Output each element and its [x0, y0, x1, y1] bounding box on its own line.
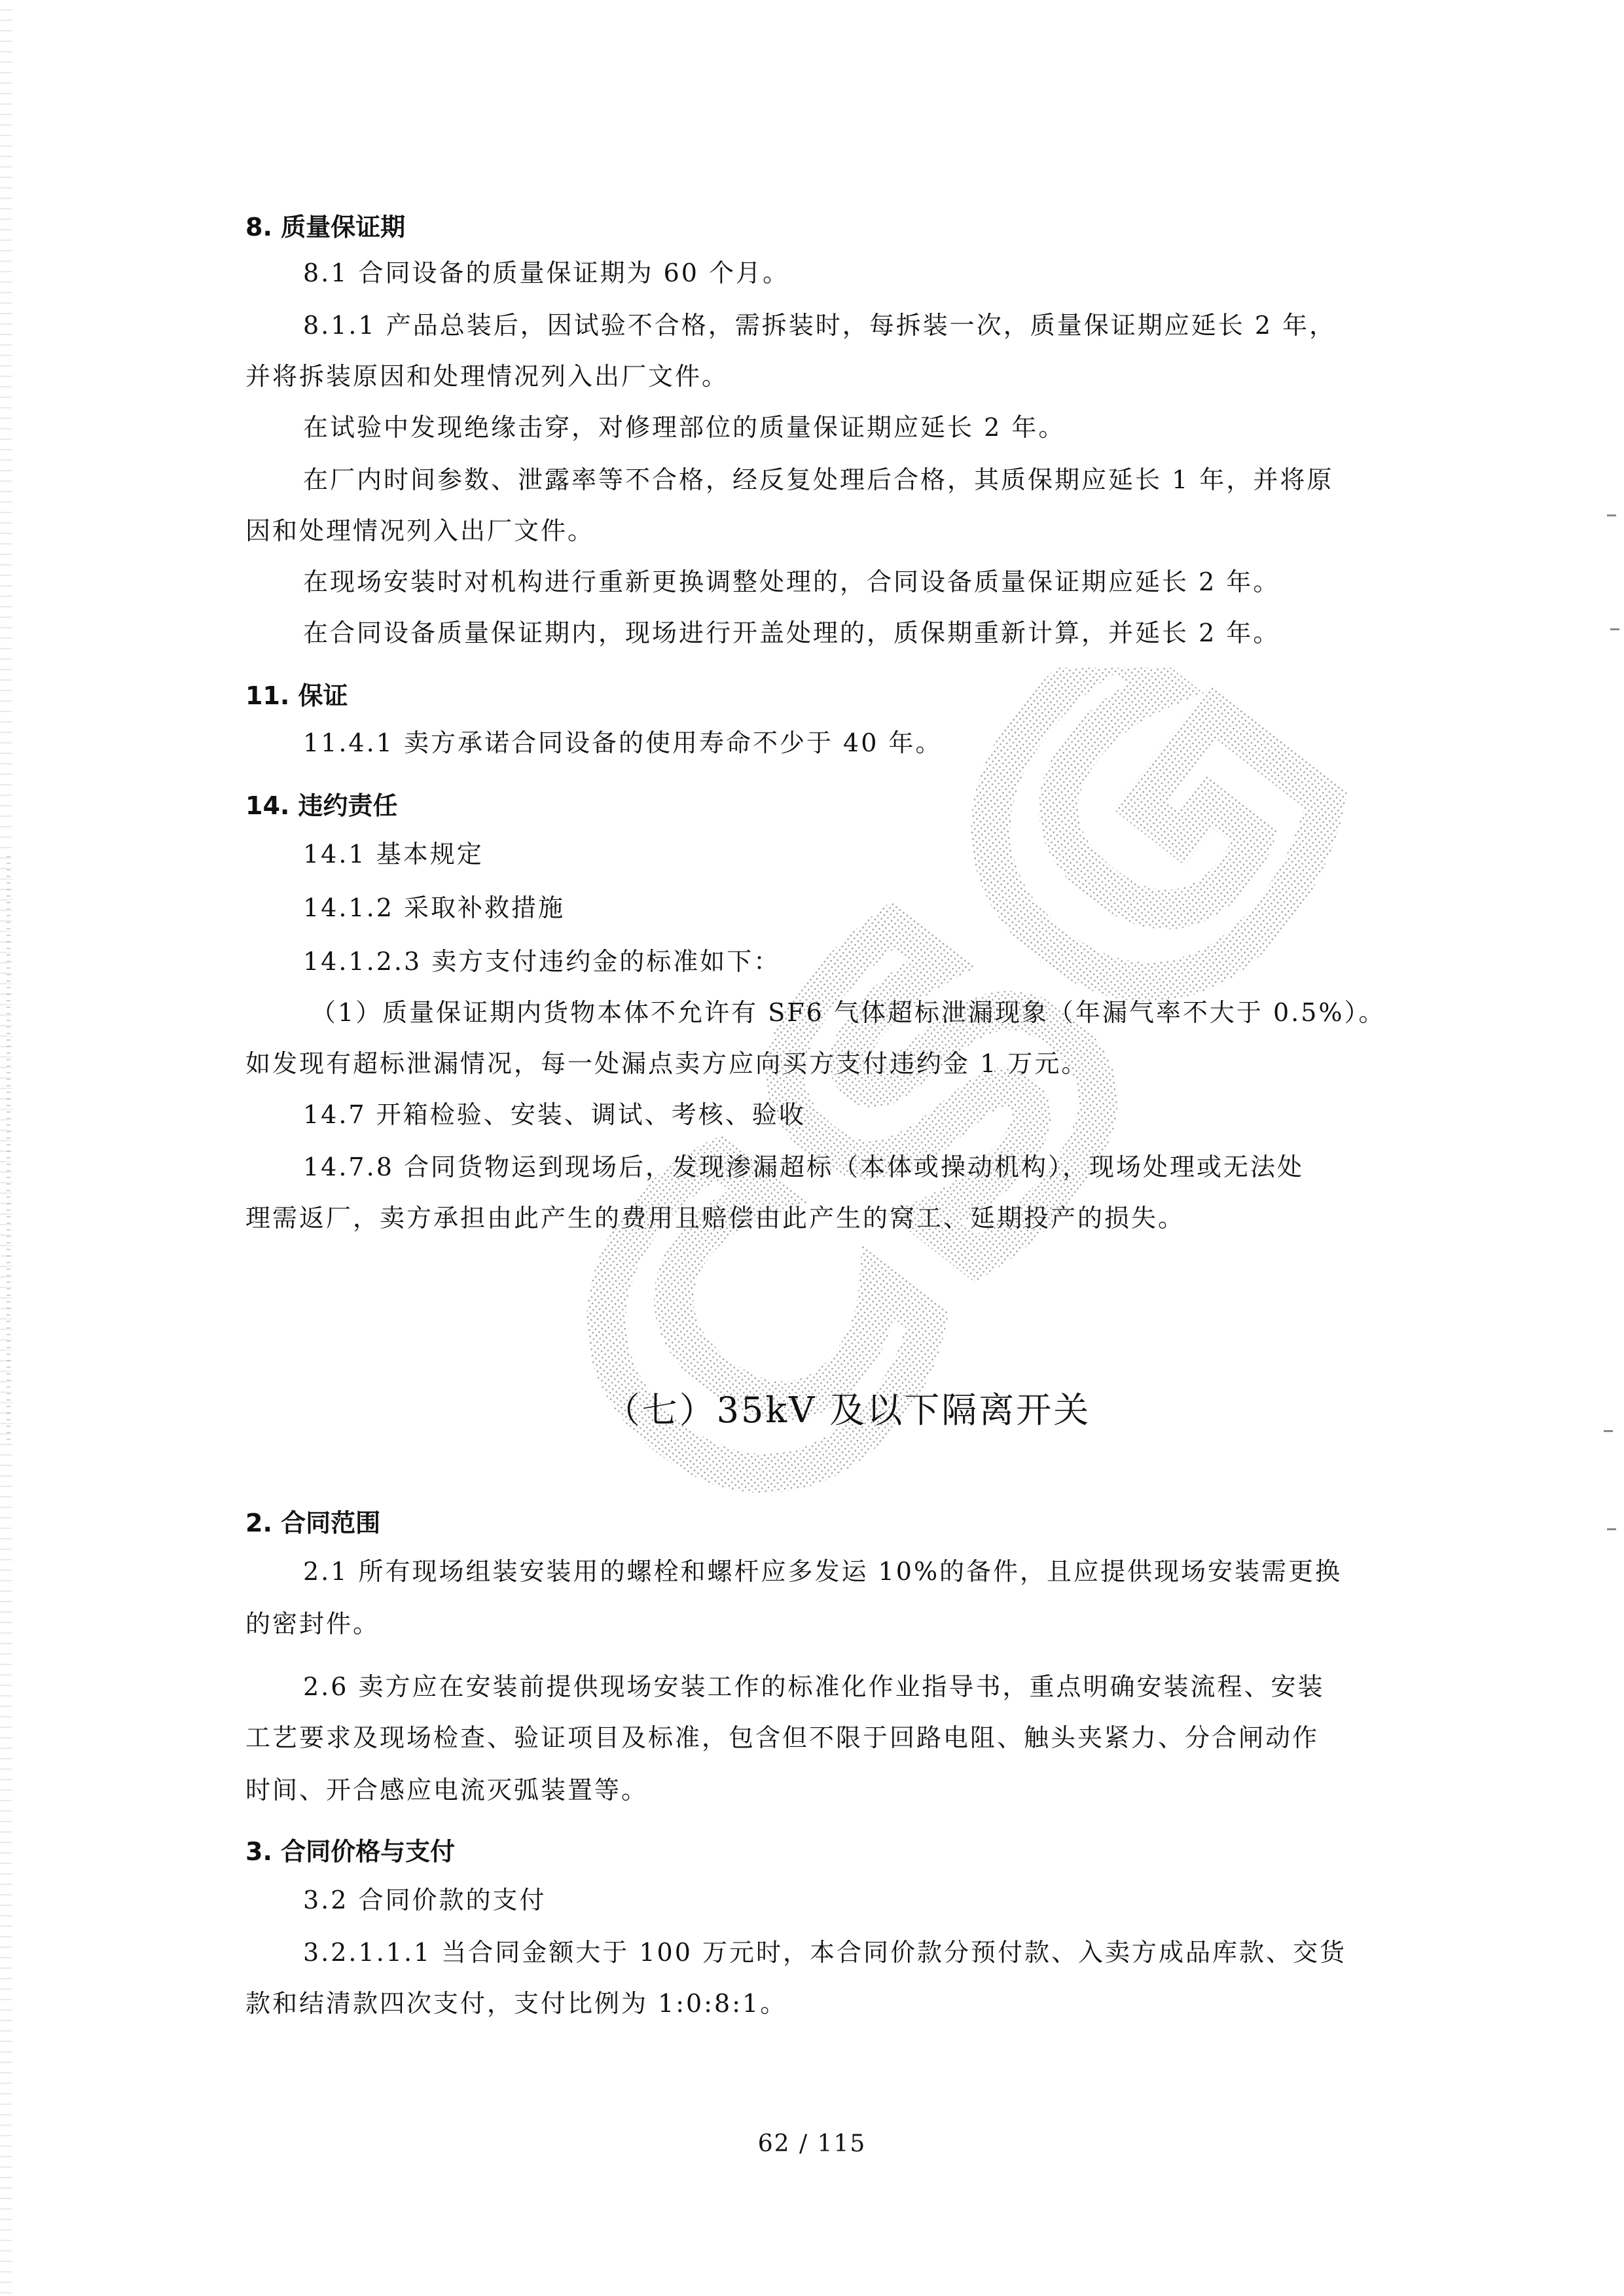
paragraph: 11.4.1 卖方承诺合同设备的使用寿命不少于 40 年。 — [303, 725, 942, 761]
paragraph: 8.1.1 产品总装后，因试验不合格，需拆装时，每拆装一次，质量保证期应延长 2… — [303, 308, 1336, 343]
paragraph: 在厂内时间参数、泄露率等不合格，经反复处理后合格，其质保期应延长 1 年，并将原 — [303, 462, 1333, 497]
paragraph-cont: 款和结清款四次支付，支付比例为 1:0:8:1。 — [245, 1986, 787, 2021]
svg-text:CSG: CSG — [477, 668, 1440, 1603]
paragraph-cont: 并将拆装原因和处理情况列入出厂文件。 — [245, 359, 729, 394]
paragraph: 14.7 开箱检验、安装、调试、考核、验收 — [303, 1097, 806, 1132]
paragraph: 在试验中发现绝缘击穿，对修理部位的质量保证期应延长 2 年。 — [303, 410, 1065, 445]
paragraph-cont: 工艺要求及现场检查、验证项目及标准，包含但不限于回路电阻、触头夹紧力、分合闸动作 — [245, 1720, 1319, 1755]
paragraph: 在现场安装时对机构进行重新更换调整处理的，合同设备质量保证期应延长 2 年。 — [303, 564, 1280, 600]
paragraph: 在合同设备质量保证期内，现场进行开盖处理的，质保期重新计算，并延长 2 年。 — [303, 615, 1280, 651]
paragraph-cont: 理需返厂，卖方承担由此产生的费用且赔偿由此产生的窝工、延期投产的损失。 — [245, 1200, 1185, 1236]
section-heading: 11. 保证 — [245, 678, 348, 713]
paragraph: 3.2.1.1.1 当合同金额大于 100 万元时，本合同价款分预付款、入卖方成… — [303, 1935, 1346, 1970]
page-number: 62 / 115 — [0, 2130, 1624, 2157]
paragraph: 14.7.8 合同货物运到现场后，发现渗漏超标（本体或操动机构），现场处理或无法… — [303, 1149, 1304, 1185]
section-heading: 3. 合同价格与支付 — [245, 1834, 455, 1869]
document-page: CSG 8. 质量保证期 8.1 合同设备的质量保证期为 60 个月。 8.1.… — [0, 0, 1624, 2296]
section-heading: 14. 违约责任 — [245, 788, 398, 823]
section-heading: 8. 质量保证期 — [245, 209, 405, 245]
paragraph-cont: 的密封件。 — [245, 1606, 380, 1641]
paragraph-cont: 时间、开合感应电流灭弧装置等。 — [245, 1772, 648, 1808]
paragraph: 3.2 合同价款的支付 — [303, 1882, 547, 1918]
paragraph: （1）质量保证期内货物本体不允许有 SF6 气体超标泄漏现象（年漏气率不大于 0… — [311, 995, 1386, 1030]
paragraph-cont: 因和处理情况列入出厂文件。 — [245, 513, 594, 548]
paragraph: 14.1 基本规定 — [303, 836, 484, 872]
paragraph: 14.1.2 采取补救措施 — [303, 890, 565, 925]
chapter-title: （七）35kV 及以下隔离开关 — [245, 1388, 1450, 1433]
paragraph-cont: 如发现有超标泄漏情况，每一处漏点卖方应向买方支付违约金 1 万元。 — [245, 1046, 1088, 1081]
paragraph: 2.6 卖方应在安装前提供现场安装工作的标准化作业指导书，重点明确安装流程、安装 — [303, 1669, 1325, 1704]
paragraph: 8.1 合同设备的质量保证期为 60 个月。 — [303, 255, 789, 291]
paragraph: 14.1.2.3 卖方支付违约金的标准如下： — [303, 944, 780, 979]
section-heading: 2. 合同范围 — [245, 1505, 380, 1541]
paragraph: 2.1 所有现场组装安装用的螺栓和螺杆应多发运 10%的备件，且应提供现场安装需… — [303, 1554, 1342, 1589]
